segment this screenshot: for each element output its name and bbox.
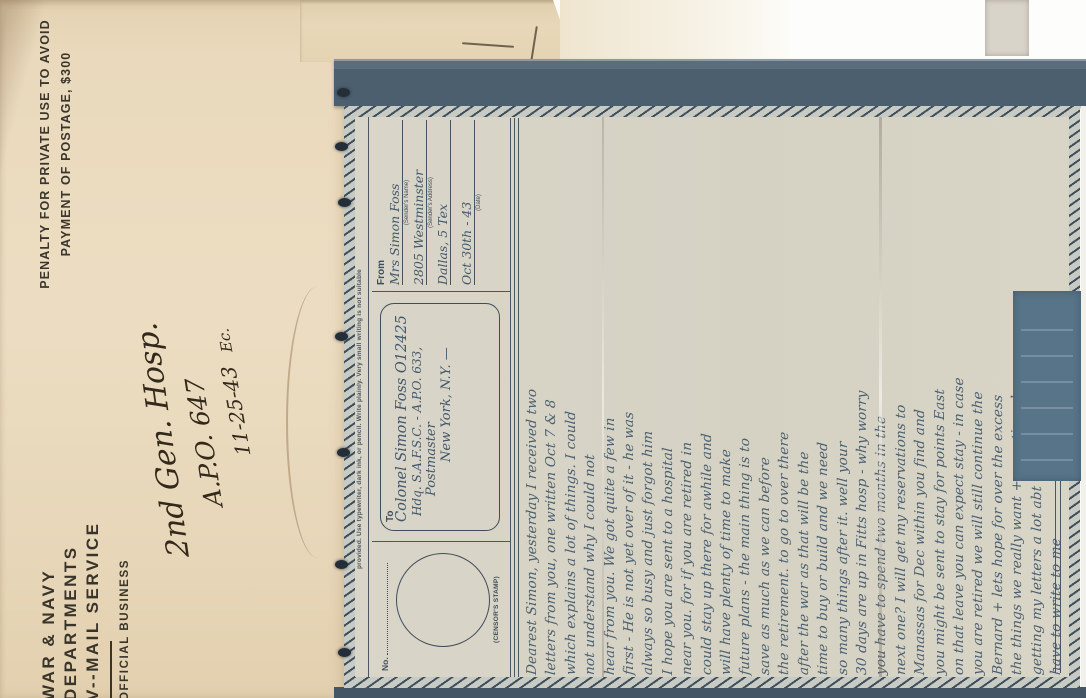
letter-line: next one? I will get my reservations to <box>892 116 911 675</box>
fold-crease <box>602 117 604 677</box>
penalty-line-2: PAYMENT OF POSTAGE, $300 <box>56 8 77 300</box>
sender-city: Dallas, 5 Tex <box>435 120 451 285</box>
dotted-line <box>378 563 388 655</box>
letter-body: Dearest Simon, yesterday I received twol… <box>523 117 1069 675</box>
fold-crease <box>879 117 882 677</box>
letter-line: you might be sent to stay for points Eas… <box>931 116 950 675</box>
form-rule <box>372 291 510 292</box>
to-line-1: Colonel Simon Foss O12425 <box>394 312 410 522</box>
sender-name-caption: (Sender's Name) <box>403 120 411 285</box>
letter-date: Oct 30th - 43 <box>459 120 475 285</box>
hatched-border: provided. Use typewriter, dark ink, or p… <box>344 106 1080 688</box>
stitch-mark <box>335 560 348 569</box>
scan-edge <box>1081 106 1086 687</box>
sender-city-caption <box>451 120 459 285</box>
envelope-flap-tab <box>300 0 575 62</box>
sender-address: 2805 Westminster <box>411 120 427 285</box>
to-address-box: To Colonel Simon Foss O12425 Hdq. S.A.F.… <box>380 303 500 531</box>
photostat-bottom-band <box>334 687 1086 698</box>
censor-stamp-caption: (CENSOR'S STAMP) <box>493 542 500 677</box>
letter-line: 30 days are up in Fitts hosp - why worry <box>853 116 872 675</box>
stitch-mark <box>335 142 348 151</box>
letter-line: could stay up there for awhile and <box>698 116 717 675</box>
letter-line: not understand why I could not <box>581 116 600 675</box>
letter-line: after the war as that will be the <box>795 116 814 675</box>
stitch-mark <box>338 648 351 657</box>
vmail-photostat: provided. Use typewriter, dark ink, or p… <box>344 106 1080 688</box>
letter-line: you are retired we will still continue t… <box>969 116 988 675</box>
letter-line: letters from you, one written Oct 7 & 8 <box>542 116 561 675</box>
censor-tape-patch <box>1013 291 1081 481</box>
service-line-2: DEPARTMENTS <box>60 469 82 698</box>
penalty-notice: PENALTY FOR PRIVATE USE TO AVOID PAYMENT… <box>35 8 81 300</box>
paper-scrap <box>985 0 1029 56</box>
scan-background-top <box>790 0 1086 62</box>
stitch-mark <box>335 332 348 341</box>
penalty-line-1: PENALTY FOR PRIVATE USE TO AVOID <box>35 8 56 300</box>
form-rule <box>368 117 369 677</box>
sender-name: Mrs Simon Foss <box>387 120 403 285</box>
censor-stamp-circle <box>396 553 490 647</box>
stitch-mark <box>338 198 351 207</box>
service-line-1: WAR & NAVY <box>38 469 60 698</box>
form-instruction-text: provided. Use typewriter, dark ink, or p… <box>356 117 363 569</box>
letter-line: near you. for if you are retired in <box>678 116 697 675</box>
to-line-2: Hdq. S.A.F.S.C. - A.P.O. 633, <box>410 312 424 516</box>
tape-ghost-marks <box>1021 311 1073 461</box>
form-rule <box>514 118 519 677</box>
letter-line: Bernard + lets hope for over the excess <box>989 116 1008 675</box>
to-line-4: New York, N.Y. — <box>439 312 454 462</box>
censor-no-line: No. <box>378 547 390 671</box>
letter-line: the retirement. to go to over there <box>775 116 794 675</box>
service-imprint: WAR & NAVY DEPARTMENTS V--MAIL SERVICE O… <box>38 469 162 698</box>
letter-line: Manassas for Dec within you find and <box>911 116 930 675</box>
form-rule <box>1055 468 1061 673</box>
vmail-form: provided. Use typewriter, dark ink, or p… <box>355 117 1069 677</box>
to-line-3: Postmaster <box>424 312 439 496</box>
letter-line: you have to spend two months in the <box>872 116 891 675</box>
letter-line: Dearest Simon, yesterday I received two <box>523 116 542 675</box>
service-line-4: OFFICIAL BUSINESS <box>119 469 131 698</box>
photostat-top-band <box>334 59 1086 106</box>
envelope-edge-light <box>560 0 800 62</box>
sender-address-caption: (Sender's Address) <box>427 120 435 285</box>
stitch-mark <box>337 88 350 97</box>
service-line-3: V--MAIL SERVICE <box>82 469 104 698</box>
letter-line: I hope you are sent to a hospital <box>659 116 678 675</box>
letter-line: which explains a lot of things. I could <box>562 116 581 675</box>
letter-line: will have plenty of time to make <box>717 116 736 675</box>
from-label: From <box>376 120 387 285</box>
form-rule <box>372 541 510 542</box>
letter-line: first - He is not yet over of it - he wa… <box>620 116 639 675</box>
censor-initials: Ec. <box>214 327 236 352</box>
handwritten-address: 2nd Gen. Hosp. A.P.O. 647 11-25-43Ec. <box>129 267 340 563</box>
to-address-lines: Colonel Simon Foss O12425 Hdq. S.A.F.S.C… <box>394 312 454 522</box>
letter-line: so many things after it. well your <box>834 116 853 675</box>
letter-line: save as much as we can before <box>756 116 775 675</box>
form-header-grid: No. (CENSOR'S STAMP) To Colonel Simon Fo… <box>372 118 511 677</box>
scanned-vmail-document: PENALTY FOR PRIVATE USE TO AVOID PAYMENT… <box>0 0 1086 698</box>
letter-line: on that leave you can expect stay - in c… <box>950 116 969 675</box>
service-divider <box>110 641 112 698</box>
letter-date-caption: (Date) <box>475 120 483 285</box>
letter-line: always so busy and just forgot him <box>639 116 658 675</box>
from-address-box: From Mrs Simon Foss (Sender's Name) 2805… <box>376 120 508 285</box>
stitch-mark <box>337 448 350 457</box>
letter-line: future plans - the main thing is to <box>736 116 755 675</box>
letter-line: time to buy or build and we need <box>814 116 833 675</box>
